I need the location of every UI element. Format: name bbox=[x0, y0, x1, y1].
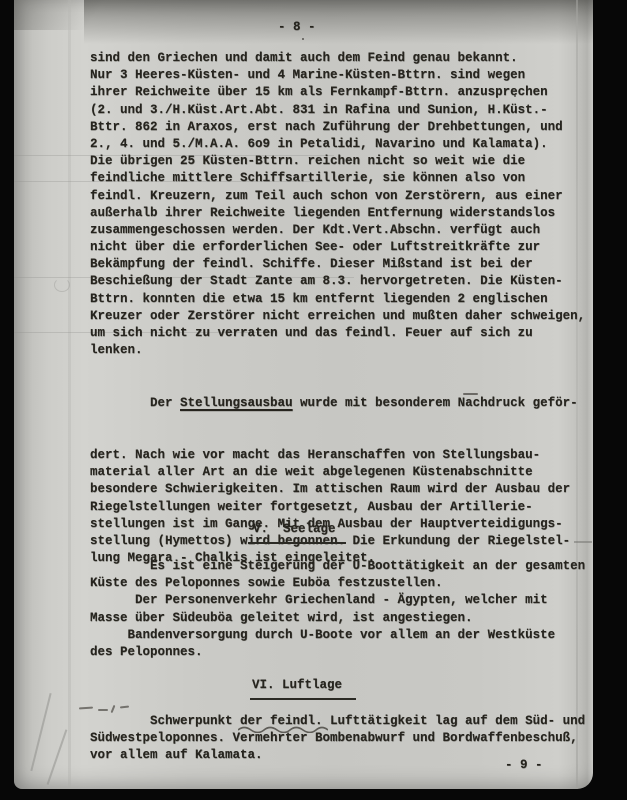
text-line: Es ist eine Steigerung der U-Boottätigke… bbox=[90, 558, 585, 575]
text-line: um sich nicht zu verraten und das feindl… bbox=[90, 325, 585, 342]
section-heading-seelage: V. Seelage bbox=[248, 521, 346, 544]
text-line: sind den Griechen und damit auch dem Fei… bbox=[90, 50, 585, 67]
text-line: feindl. Kreuzern, zum Teil auch schon vo… bbox=[90, 188, 585, 205]
text-line: außerhalb ihrer Reichweite liegenden Ent… bbox=[90, 205, 585, 222]
text-line: Kreuzer oder Zerstörer nicht erreichen u… bbox=[90, 308, 585, 325]
paragraph-seelage: Es ist eine Steigerung der U-Boottätigke… bbox=[90, 558, 585, 661]
text-line: Bttr. 862 in Araxos, erst nach Zuführung… bbox=[90, 119, 585, 136]
line-segment: Der bbox=[90, 396, 180, 410]
text-line: Masse über Südeuböa geleitet wird, ist a… bbox=[90, 610, 585, 627]
text-line: material aller Art an die weit abgelegen… bbox=[90, 464, 578, 481]
scan-top-shadow bbox=[84, 0, 593, 44]
text-line: (2. und 3./H.Küst.Art.Abt. 831 in Rafina… bbox=[90, 102, 585, 119]
text-line: Südwestpeloponnes. Vermehrter Bombenabwu… bbox=[90, 730, 585, 747]
text-line: Der Stellungsausbau wurde mit besonderem… bbox=[90, 395, 578, 412]
text-line: Bandenversorgung durch U-Boote vor allem… bbox=[90, 627, 585, 644]
text-line: dert. Nach wie vor macht das Heranschaff… bbox=[90, 447, 578, 464]
text-line: zusammengeschossen werden. Der Kdt.Vert.… bbox=[90, 222, 585, 239]
text-line: ihrer Reichweite über 15 km als Fernkamp… bbox=[90, 84, 585, 101]
paper-crease-left bbox=[68, 0, 71, 789]
text-line: 2., 4. und 5./M.A.A. 6o9 in Petalidi, Na… bbox=[90, 136, 585, 153]
text-line: Der Personenverkehr Griechenland - Ägypt… bbox=[90, 592, 585, 609]
text-line: Nur 3 Heeres-Küsten- und 4 Marine-Küsten… bbox=[90, 67, 585, 84]
paper-crease-corner bbox=[47, 729, 67, 784]
section-heading-luftlage: VI. Luftlage bbox=[250, 677, 356, 700]
line-segment: wurde mit besonderem Nachdruck geför- bbox=[293, 396, 578, 410]
text-line: Bekämpfung der feindl. Schiffe. Dieser M… bbox=[90, 256, 585, 273]
pencil-dash bbox=[120, 706, 129, 709]
text-line: Die übrigen 25 Küsten-Bttrn. reichen nic… bbox=[90, 153, 585, 170]
text-line: Schwerpunkt der feindl. Lufttätigkeit la… bbox=[90, 713, 585, 730]
paragraph-continuation: dert. Nach wie vor macht das Heranschaff… bbox=[90, 447, 578, 567]
text-line: des Peloponnes. bbox=[90, 644, 585, 661]
ink-speck bbox=[302, 38, 304, 40]
scanned-document-screenshot: { "page": { "top_page_number": "- 8 -", … bbox=[0, 0, 627, 800]
pencil-tick bbox=[111, 705, 116, 713]
typed-correction-underline bbox=[463, 393, 478, 395]
paragraph-coastal-batteries: sind den Griechen und damit auch dem Fei… bbox=[90, 50, 585, 359]
text-line: besondere Schwierigkeiten. Im attischen … bbox=[90, 481, 578, 498]
text-line: Küste des Peloponnes sowie Euböa festzus… bbox=[90, 575, 585, 592]
text-line: lenken. bbox=[90, 342, 585, 359]
text-line: Beschießung der Stadt Zante am 8.3. herv… bbox=[90, 273, 585, 290]
paper-mark-ring bbox=[54, 278, 70, 292]
underlined-word: Stellungsausbau bbox=[180, 396, 293, 410]
text-line: feindliche mittlere Schiffsartillerie, s… bbox=[90, 170, 585, 187]
pencil-dash bbox=[79, 707, 93, 710]
paper-crease-corner bbox=[30, 693, 51, 771]
page-number-bottom: - 9 - bbox=[505, 757, 543, 774]
text-line: nicht über die erforderlichen See- oder … bbox=[90, 239, 585, 256]
page-number-top: - 8 - bbox=[278, 19, 316, 36]
text-line: Riegelstellungen weiter fortgesetzt, Aus… bbox=[90, 499, 578, 516]
scanned-page: - 8 - sind den Griechen und damit auch d… bbox=[14, 0, 593, 789]
text-line: Bttrn. konnten die etwa 15 km entfernt l… bbox=[90, 291, 585, 308]
pencil-dash bbox=[98, 709, 108, 711]
